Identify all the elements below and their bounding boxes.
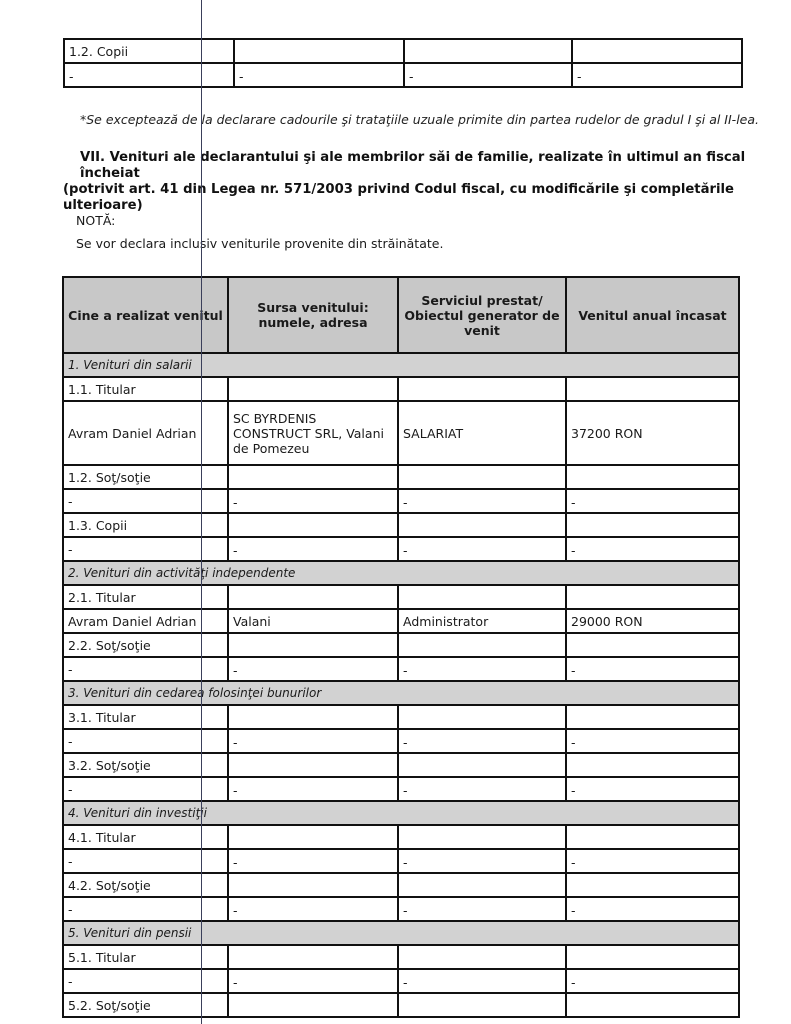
table-cell: - [398,537,566,561]
table-row: 2.2. Soţ/soţie [63,633,739,657]
table-cell [566,873,739,897]
table-row: ---- [63,777,739,801]
table-cell: 4.1. Titular [63,825,228,849]
table-cell [234,39,404,63]
income-table: Cine a realizat venitul Sursa venitului:… [62,276,740,1018]
table-row: ---- [63,897,739,921]
table-cell [404,39,572,63]
table-cell: 2.1. Titular [63,585,228,609]
income-table-header: Cine a realizat venitul Sursa venitului:… [63,277,739,353]
table-cell: - [398,849,566,873]
table-cell: SC BYRDENIS CONSTRUCT SRL, Valani de Pom… [228,401,398,465]
table-cell: - [566,537,739,561]
table-cell: - [566,897,739,921]
table-cell: 3.1. Titular [63,705,228,729]
table-cell: - [398,897,566,921]
table-cell [572,39,742,63]
children-continuation-table: 1.2. Copii---- [63,38,743,88]
table-row: 1.1. Titular [63,377,739,401]
section-title-line1: VII. Venituri ale declarantului şi ale m… [63,150,753,182]
table-cell: Valani [228,609,398,633]
table-cell [398,585,566,609]
table-cell: 5.2. Soţ/soţie [63,993,228,1017]
table-cell: - [63,729,228,753]
income-group-row: 3. Venituri din cedarea folosinţei bunur… [63,681,739,705]
table-cell: Avram Daniel Adrian [63,401,228,465]
table-cell [398,753,566,777]
table-cell [228,825,398,849]
header-annual-income: Venitul anual încasat [566,277,739,353]
income-group-row: 4. Venituri din investiţii [63,801,739,825]
table-cell [566,753,739,777]
table-cell [566,633,739,657]
table-cell: 37200 RON [566,401,739,465]
table-row: ---- [64,63,742,87]
table-cell [566,377,739,401]
income-group-row: 1. Venituri din salarii [63,353,739,377]
table-cell [228,993,398,1017]
table-cell [566,945,739,969]
scan-artifact-line [201,0,202,1024]
header-service: Serviciul prestat/ Obiectul generator de… [398,277,566,353]
table-cell: - [63,489,228,513]
table-cell [228,753,398,777]
table-cell [228,377,398,401]
table-cell: - [63,897,228,921]
footnote: *Se exceptează de la declarare cadourile… [80,112,759,127]
table-row: 1.2. Soţ/soţie [63,465,739,489]
table-cell: - [228,489,398,513]
income-group-row: 2. Venituri din activităţi independente [63,561,739,585]
table-cell: 5.1. Titular [63,945,228,969]
table-cell: - [228,657,398,681]
table-cell [566,825,739,849]
table-cell: - [398,777,566,801]
table-cell: 4.2. Soţ/soţie [63,873,228,897]
section-title: VII. Venituri ale declarantului şi ale m… [63,150,753,214]
table-cell: - [566,777,739,801]
table-cell [398,377,566,401]
table-cell: 1.2. Soţ/soţie [63,465,228,489]
table-cell [398,873,566,897]
table-cell: 29000 RON [566,609,739,633]
table-cell [566,465,739,489]
table-cell [228,585,398,609]
table-row: 3.1. Titular [63,705,739,729]
table-row: 4.2. Soţ/soţie [63,873,739,897]
table-cell [398,513,566,537]
table-cell: - [63,777,228,801]
table-cell [228,873,398,897]
table-cell: Avram Daniel Adrian [63,609,228,633]
table-row: ---- [63,729,739,753]
header-source: Sursa venitului: numele, adresa [228,277,398,353]
table-cell: - [566,729,739,753]
table-cell: - [228,537,398,561]
table-cell [566,585,739,609]
table-row: 4.1. Titular [63,825,739,849]
table-cell: - [228,849,398,873]
table-cell [398,705,566,729]
table-cell: - [63,969,228,993]
header-who: Cine a realizat venitul [63,277,228,353]
table-cell: - [228,729,398,753]
table-cell: - [398,729,566,753]
table-cell [398,993,566,1017]
table-cell: - [398,657,566,681]
section-title-line2: (potrivit art. 41 din Legea nr. 571/2003… [63,182,753,198]
table-cell [566,993,739,1017]
table-cell: - [228,777,398,801]
table-row: 2.1. Titular [63,585,739,609]
nota-label: NOTĂ: [76,213,115,228]
table-cell: 2.2. Soţ/soţie [63,633,228,657]
table-row: ---- [63,849,739,873]
table-cell: 1.2. Copii [64,39,234,63]
table-cell: - [566,849,739,873]
table-row: 5.2. Soţ/soţie [63,993,739,1017]
table-row: ---- [63,969,739,993]
table-cell [228,513,398,537]
table-cell [228,633,398,657]
table-cell: - [63,657,228,681]
table-cell: - [566,969,739,993]
table-row: ---- [63,537,739,561]
table-cell [566,705,739,729]
table-cell: - [566,657,739,681]
table-cell: - [404,63,572,87]
table-cell [398,945,566,969]
table-cell: - [566,489,739,513]
table-cell [398,633,566,657]
income-group-title: 1. Venituri din salarii [63,353,739,377]
table-cell: Administrator [398,609,566,633]
table-cell: - [572,63,742,87]
table-cell: 1.1. Titular [63,377,228,401]
table-cell: - [398,489,566,513]
table-cell: SALARIAT [398,401,566,465]
table-cell [228,465,398,489]
table-cell: - [228,897,398,921]
table-row: Avram Daniel AdrianValaniAdministrator29… [63,609,739,633]
income-group-title: 5. Venituri din pensii [63,921,739,945]
table-row: 5.1. Titular [63,945,739,969]
income-group-title: 3. Venituri din cedarea folosinţei bunur… [63,681,739,705]
table-cell: - [64,63,234,87]
table-row: Avram Daniel AdrianSC BYRDENIS CONSTRUCT… [63,401,739,465]
table-cell [566,513,739,537]
table-cell: 1.3. Copii [63,513,228,537]
table-row: 1.3. Copii [63,513,739,537]
income-group-title: 4. Venituri din investiţii [63,801,739,825]
section-title-line3: ulterioare) [63,198,753,214]
table-cell: - [398,969,566,993]
income-group-row: 5. Venituri din pensii [63,921,739,945]
table-cell [398,825,566,849]
table-cell: 3.2. Soţ/soţie [63,753,228,777]
table-cell: - [63,537,228,561]
table-cell: - [228,969,398,993]
nota-text: Se vor declara inclusiv veniturile prove… [76,236,443,251]
table-cell: - [63,849,228,873]
income-group-title: 2. Venituri din activităţi independente [63,561,739,585]
table-row: 3.2. Soţ/soţie [63,753,739,777]
table-row: ---- [63,489,739,513]
table-cell [228,945,398,969]
table-row: ---- [63,657,739,681]
table-row: 1.2. Copii [64,39,742,63]
table-cell [398,465,566,489]
table-cell: - [234,63,404,87]
table-cell [228,705,398,729]
